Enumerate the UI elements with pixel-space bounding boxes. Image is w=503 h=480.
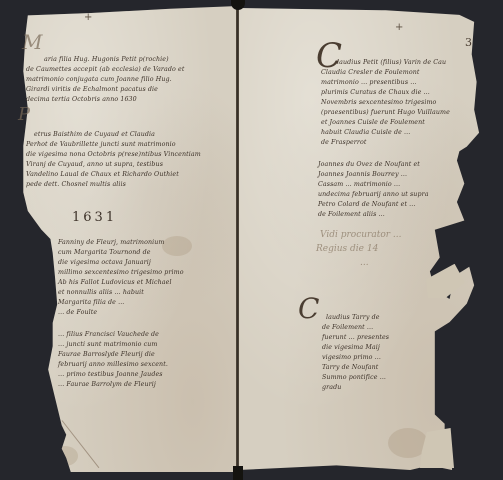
entry-line: habuit Claudia Cuisle de ... [321,128,450,138]
entry-line: laudius Tarry de [322,313,389,323]
entry-line: de Caumettes accepit (ab ecclesia) de Va… [26,65,184,75]
entry-line: millimo sexcentesimo trigesimo primo [58,268,184,278]
entry-line: Ab his Fallot Ludovicus et Michael [58,278,184,288]
entry-line: de Foilement aliis ... [318,210,429,220]
entry-line: laudius Petit (filius) Varin de Cau [321,58,450,68]
margin-initial-m: M [22,30,42,54]
entry-line: etrus Baisthim de Cuyaud et Claudia [26,130,201,140]
entry-line: et nonnullis aliis ... habuit [58,288,184,298]
paper-stain [52,446,78,466]
entry-line: Viranj de Cuyaud, anno ut supra, testibu… [26,160,201,170]
entry-line: decima tertia Octobris anno 1630 [26,95,184,105]
initial-c: C [298,292,319,325]
entry-line: pede dett. Chosnel multis aliis [26,180,201,190]
entry-line: Joannes du Ovez de Noufant et [318,160,429,170]
entry-line: Margarita filia de ... [58,298,184,308]
entry-marriage-6: Joannes du Ovez de Noufant et Joannes Jo… [318,160,429,220]
entry-line: Petro Colard de Noufant et ... [318,200,429,210]
entry-marriage-3: Fanniny de Fleurj, matrimonium cum Marga… [58,238,184,318]
entry-line: de Foilement ... [322,323,389,333]
signature-line: Vidi procurator ... [300,228,402,242]
entry-line: Tarry de Noufant [322,363,389,373]
entry-line: de Frasperrot [321,138,450,148]
entry-line: Perhot de Vaubrillette juncti sunt matri… [26,140,201,150]
entry-line: die vigesima nona Octobris p(rese)ntibus… [26,150,201,160]
cross-mark: + [395,22,403,33]
entry-marriage-5: laudius Petit (filius) Varin de Cau Clau… [321,58,450,148]
entry-line: matrimonio ... presentibus ... [321,78,450,88]
entry-line: ... Faurae Barrolym de Fleurij [58,380,168,390]
entry-line: ... de Foulte [58,308,184,318]
entry-line: plurimis Curatus de Chaux die ... [321,88,450,98]
entry-line: gradu [322,383,389,393]
entry-line: Fanniny de Fleurj, matrimonium [58,238,184,248]
entry-marriage-1: aria filia Hug. Hugonis Petit p(rochie) … [26,55,184,105]
entry-line: Cassam ... matrimonio ... [318,180,429,190]
entry-line: (praesentibus) fuerunt Hugo Vuillaume [321,108,450,118]
entry-line: Claudia Cresler de Foulemont [321,68,450,78]
entry-line: ... juncti sunt matrimonio cum [58,340,168,350]
signature-line: Regius die 14 [300,242,402,256]
entry-line: Summo pontifice ... [322,373,389,383]
year-heading: 1631 [72,210,117,225]
entry-line: aria filia Hug. Hugonis Petit p(rochie) [26,55,184,65]
entry-line: fuerunt ... presentes [322,333,389,343]
entry-line: ... primo testibus Joanne Jaudes [58,370,168,380]
cross-mark: + [84,12,92,23]
entry-marriage-4: ... filius Francisci Vauchede de ... jun… [58,330,168,390]
entry-line: matrimonio conjugata cum Joanne filio Hu… [26,75,184,85]
entry-line: Girardi viritis de Echalmont pacatus die [26,85,184,95]
entry-line: cum Margarita Tournond de [58,248,184,258]
entry-line: Joannes Joannis Bourrey ... [318,170,429,180]
entry-line: Vandelino Laual de Chaux et Richardo Out… [26,170,201,180]
folio-number: 3 [465,36,472,49]
entry-line: Faurae Barroslyde Fleurij die [58,350,168,360]
entry-line: februarij anno millesimo sexcent. [58,360,168,370]
entry-marriage-2: etrus Baisthim de Cuyaud et Claudia Perh… [26,130,201,190]
entry-line: Novembris sexcentesimo trigesimo [321,98,450,108]
faded-signature-annotation: Vidi procurator ... Regius die 14 ... [300,228,402,270]
scanned-register: + M aria filia Hug. Hugonis Petit p(roch… [0,0,503,480]
entry-line: ... filius Francisci Vauchede de [58,330,168,340]
entry-marriage-7: laudius Tarry de de Foilement ... fuerun… [322,313,389,393]
entry-line: et Joannes Cuisle de Foulement [321,118,450,128]
binding-gutter [236,8,239,472]
signature-line: ... [300,256,402,270]
entry-line: undecima februarij anno ut supra [318,190,429,200]
entry-line: die vigesima octava Januarij [58,258,184,268]
entry-line: die vigesima Maij [322,343,389,353]
entry-line: vigesimo primo ... [322,353,389,363]
binding-notch [233,466,243,480]
margin-initial-p: P [18,104,30,125]
